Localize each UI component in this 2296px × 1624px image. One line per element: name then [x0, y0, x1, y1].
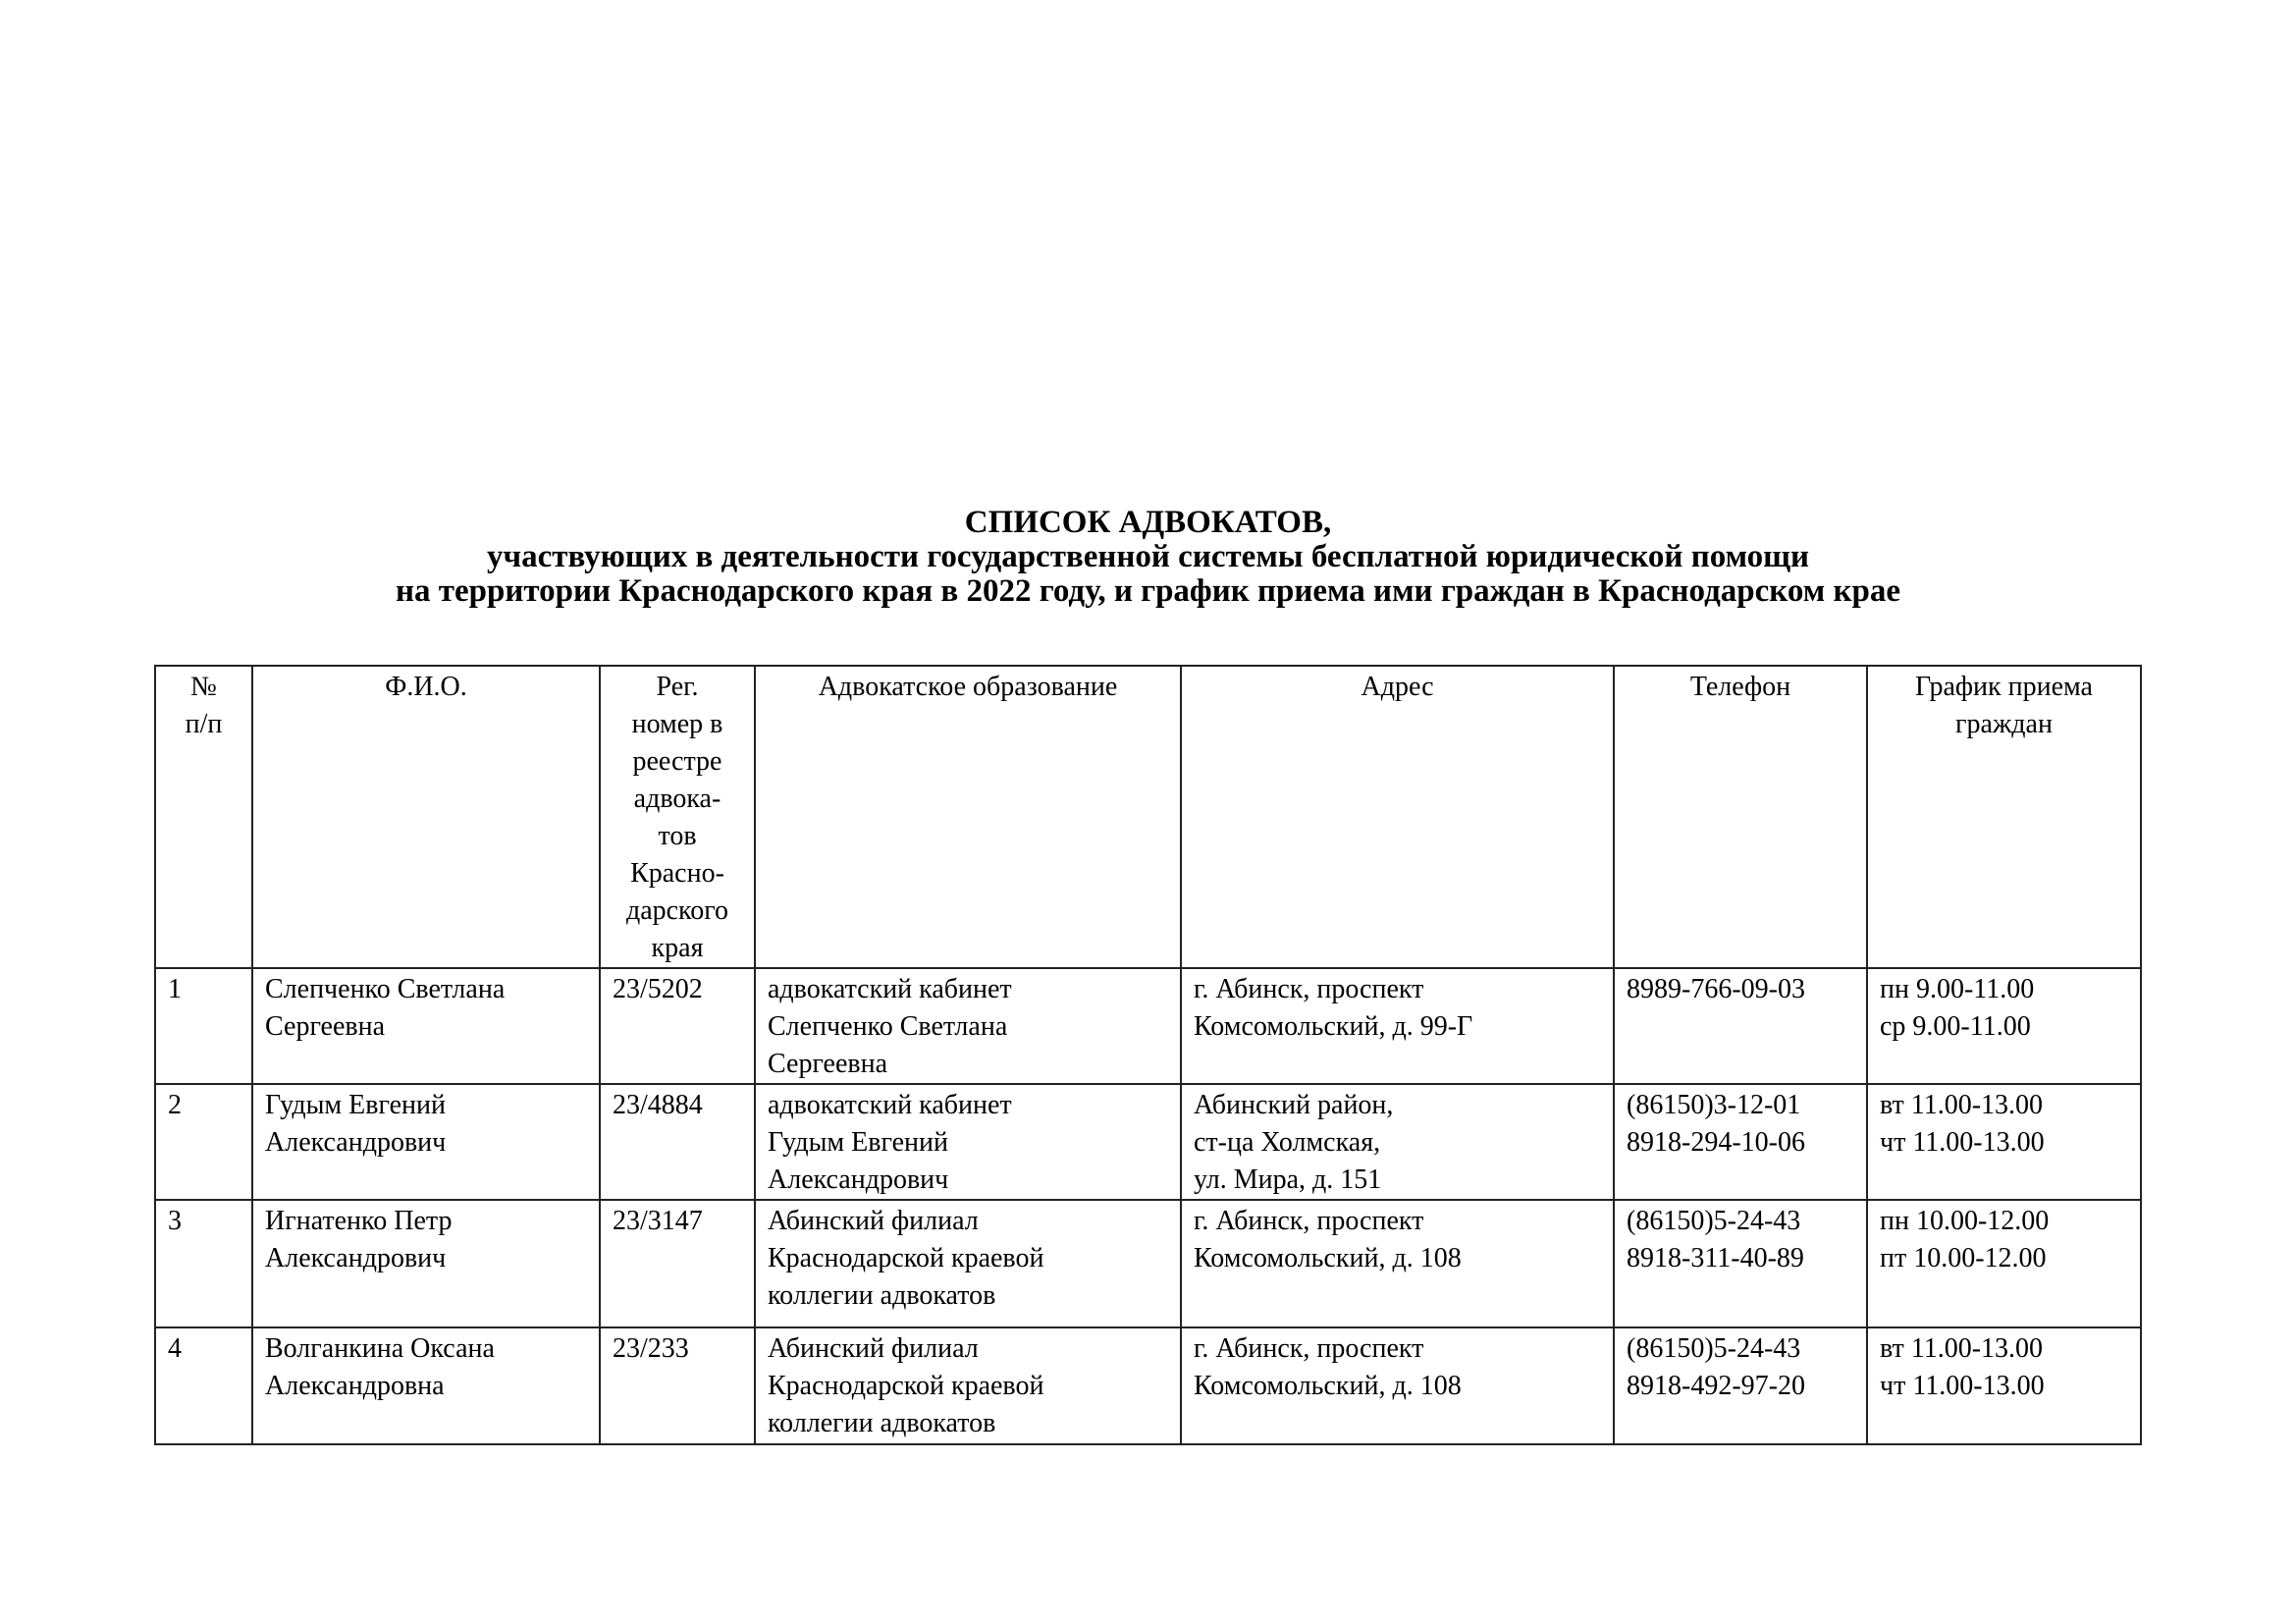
cell-line: коллегии адвокатов [768, 1277, 1168, 1315]
cell-line: Александрович [265, 1240, 587, 1277]
cell-line: Краснодарской краевой [768, 1240, 1168, 1277]
header-schedule-line: граждан [1874, 706, 2134, 743]
cell-line: г. Абинск, проспект [1194, 971, 1601, 1008]
cell-line: Гудым Евгений [265, 1087, 587, 1124]
cell-address: Абинский район, ст-ца Холмская, ул. Мира… [1181, 1084, 1614, 1200]
cell-line: чт 11.00-13.00 [1880, 1368, 2128, 1405]
cell-line: Сергеевна [265, 1008, 587, 1046]
cell-line: пн 9.00-11.00 [1880, 971, 2128, 1008]
cell-line: (86150)5-24-43 [1627, 1330, 1854, 1368]
cell-line: Гудым Евгений [768, 1124, 1168, 1162]
table-row: 3 Игнатенко Петр Александрович 23/3147 А… [155, 1200, 2141, 1327]
cell-phone: (86150)5-24-43 8918-311-40-89 [1614, 1200, 1867, 1327]
cell-line: коллегии адвокатов [768, 1405, 1168, 1442]
cell-line: 8918-492-97-20 [1627, 1368, 1854, 1405]
cell-num: 1 [155, 968, 252, 1084]
header-reg: Рег. номер в реестре адвока- тов Красно-… [600, 666, 755, 968]
cell-org: адвокатский кабинет Гудым Евгений Алекса… [755, 1084, 1181, 1200]
cell-phone: 8989-766-09-03 [1614, 968, 1867, 1084]
cell-name: Волганкина Оксана Александровна [252, 1327, 600, 1444]
header-reg-line: реестре [607, 743, 748, 781]
cell-line: (86150)5-24-43 [1627, 1203, 1854, 1240]
cell-schedule: пн 10.00-12.00 пт 10.00-12.00 [1867, 1200, 2141, 1327]
cell-name: Слепченко Светлана Сергеевна [252, 968, 600, 1084]
cell-name: Гудым Евгений Александрович [252, 1084, 600, 1200]
header-num: № п/п [155, 666, 252, 968]
cell-reg: 23/3147 [600, 1200, 755, 1327]
cell-num: 2 [155, 1084, 252, 1200]
cell-line: адвокатский кабинет [768, 971, 1168, 1008]
cell-line: Сергеевна [768, 1046, 1168, 1083]
cell-line: Александровна [265, 1368, 587, 1405]
header-phone: Телефон [1614, 666, 1867, 968]
cell-schedule: вт 11.00-13.00 чт 11.00-13.00 [1867, 1327, 2141, 1444]
title-line-2: участвующих в деятельности государственн… [0, 540, 2296, 574]
header-reg-line: номер в [607, 706, 748, 743]
header-schedule-line: График приема [1874, 669, 2134, 706]
cell-line: Абинский район, [1194, 1087, 1601, 1124]
cell-line: Абинский филиал [768, 1203, 1168, 1240]
header-reg-line: Красно- [607, 855, 748, 893]
cell-reg: 23/233 [600, 1327, 755, 1444]
title-line-1: СПИСОК АДВОКАТОВ, [0, 506, 2296, 540]
header-reg-line: тов [607, 818, 748, 855]
cell-line: адвокатский кабинет [768, 1087, 1168, 1124]
cell-line: пт 10.00-12.00 [1880, 1240, 2128, 1277]
header-reg-line: края [607, 930, 748, 967]
cell-line: Абинский филиал [768, 1330, 1168, 1368]
header-reg-line: адвока- [607, 781, 748, 818]
cell-schedule: пн 9.00-11.00 ср 9.00-11.00 [1867, 968, 2141, 1084]
table-row: 2 Гудым Евгений Александрович 23/4884 ад… [155, 1084, 2141, 1200]
header-name: Ф.И.О. [252, 666, 600, 968]
table-row: 4 Волганкина Оксана Александровна 23/233… [155, 1327, 2141, 1444]
cell-line: Краснодарской краевой [768, 1368, 1168, 1405]
cell-line: чт 11.00-13.00 [1880, 1124, 2128, 1162]
cell-line: Комсомольский, д. 108 [1194, 1368, 1601, 1405]
cell-org: Абинский филиал Краснодарской краевой ко… [755, 1327, 1181, 1444]
cell-line: г. Абинск, проспект [1194, 1203, 1601, 1240]
cell-line: Слепченко Светлана [768, 1008, 1168, 1046]
cell-line: Александрович [265, 1124, 587, 1162]
cell-name: Игнатенко Петр Александрович [252, 1200, 600, 1327]
cell-num: 4 [155, 1327, 252, 1444]
cell-line: вт 11.00-13.00 [1880, 1330, 2128, 1368]
cell-line: пн 10.00-12.00 [1880, 1203, 2128, 1240]
cell-phone: (86150)3-12-01 8918-294-10-06 [1614, 1084, 1867, 1200]
header-num-line: № [162, 669, 245, 706]
table-row: 1 Слепченко Светлана Сергеевна 23/5202 а… [155, 968, 2141, 1084]
header-reg-line: дарского [607, 893, 748, 930]
lawyers-table: № п/п Ф.И.О. Рег. номер в реестре адвока… [154, 665, 2142, 1445]
cell-num: 3 [155, 1200, 252, 1327]
cell-line: Игнатенко Петр [265, 1203, 587, 1240]
cell-line: ул. Мира, д. 151 [1194, 1162, 1601, 1199]
header-org: Адвокатское образование [755, 666, 1181, 968]
cell-address: г. Абинск, проспект Комсомольский, д. 10… [1181, 1327, 1614, 1444]
cell-line: ст-ца Холмская, [1194, 1124, 1601, 1162]
cell-address: г. Абинск, проспект Комсомольский, д. 10… [1181, 1200, 1614, 1327]
cell-reg: 23/4884 [600, 1084, 755, 1200]
cell-line: Комсомольский, д. 108 [1194, 1240, 1601, 1277]
header-num-line: п/п [162, 706, 245, 743]
cell-line: Александрович [768, 1162, 1168, 1199]
cell-line: (86150)3-12-01 [1627, 1087, 1854, 1124]
cell-phone: (86150)5-24-43 8918-492-97-20 [1614, 1327, 1867, 1444]
cell-address: г. Абинск, проспект Комсомольский, д. 99… [1181, 968, 1614, 1084]
cell-org: Абинский филиал Краснодарской краевой ко… [755, 1200, 1181, 1327]
document-title: СПИСОК АДВОКАТОВ, участвующих в деятельн… [0, 506, 2296, 609]
cell-reg: 23/5202 [600, 968, 755, 1084]
header-schedule: График приема граждан [1867, 666, 2141, 968]
header-reg-line: Рег. [607, 669, 748, 706]
cell-line: г. Абинск, проспект [1194, 1330, 1601, 1368]
cell-schedule: вт 11.00-13.00 чт 11.00-13.00 [1867, 1084, 2141, 1200]
cell-line: вт 11.00-13.00 [1880, 1087, 2128, 1124]
header-address: Адрес [1181, 666, 1614, 968]
cell-line: Волганкина Оксана [265, 1330, 587, 1368]
table-header-row: № п/п Ф.И.О. Рег. номер в реестре адвока… [155, 666, 2141, 968]
cell-line: Комсомольский, д. 99-Г [1194, 1008, 1601, 1046]
cell-line: ср 9.00-11.00 [1880, 1008, 2128, 1046]
title-line-3: на территории Краснодарского края в 2022… [0, 574, 2296, 609]
cell-line: 8918-294-10-06 [1627, 1124, 1854, 1162]
cell-line: 8918-311-40-89 [1627, 1240, 1854, 1277]
cell-org: адвокатский кабинет Слепченко Светлана С… [755, 968, 1181, 1084]
cell-line: Слепченко Светлана [265, 971, 587, 1008]
cell-line: 8989-766-09-03 [1627, 971, 1854, 1008]
